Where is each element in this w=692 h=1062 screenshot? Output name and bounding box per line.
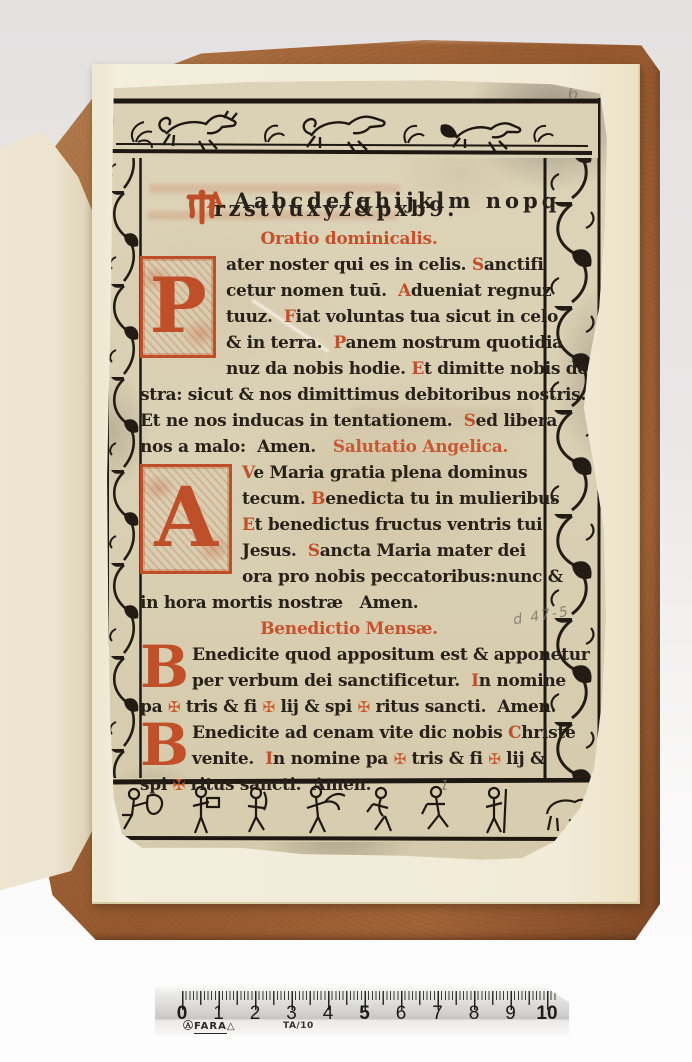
text-segment: Enedicite quod appositum est & apponetur [192, 645, 589, 665]
text-segment: ritus sancti. Amen. [370, 697, 556, 717]
text-segment: stra: sicut & nos dimittimus debitoribus… [140, 385, 586, 405]
text-segment: Salutatio Angelica. [333, 437, 508, 457]
text-segment: spi [140, 775, 173, 795]
ruler-number: 6 [396, 1003, 407, 1025]
initial-b-1: B [140, 642, 188, 694]
text-segment: Enedicite ad cenam vite dic nobis [192, 723, 508, 743]
text-segment: anem nostrum quotidia [346, 333, 563, 353]
text-segment: tecum. [242, 489, 311, 509]
maltese-cross-icon: ✠ [263, 698, 275, 716]
text-segment: cetur nomen tuū. [226, 281, 398, 301]
text-segment: S [472, 255, 484, 275]
text-segment: anctifi [484, 255, 544, 275]
text-line: nos a malo: Amen. Salutatio Angelica. [140, 434, 558, 460]
paragraph-benedicite-1: B Enedicite quod appositum est & apponet… [140, 642, 558, 720]
text-line: Enedicite ad cenam vite dic nobis Christ… [140, 720, 558, 746]
text-line: nuz da nobis hodie. Et dimitte nobis deb… [140, 356, 558, 382]
ruler-logo-icon: Ⓐ [183, 1021, 194, 1032]
text-segment: lij & [501, 749, 545, 769]
text-line: spi ✠ ritus sancti. Amen. [140, 772, 558, 798]
text-segment: ora pro nobis peccatoribus:nunc & [242, 567, 563, 587]
text-segment: ancta Maria mater dei [320, 541, 526, 561]
ruler-number: 10 [536, 1003, 557, 1025]
text-segment: I [265, 749, 273, 769]
ruler-brand: ⒶFARA△ [183, 1017, 236, 1032]
text-segment: per verbum dei sanctificetur. [192, 671, 471, 691]
text-segment: B [311, 489, 325, 509]
ruler-triangle-icon: △ [227, 1021, 236, 1032]
text-line: in hora mortis nostræ Amen. [140, 590, 558, 616]
text-segment: V [242, 463, 253, 483]
text-segment: enedicta tu in mulieribus [325, 489, 559, 509]
ruler-ticks [182, 991, 558, 1000]
rubric-heading-mensae: Benedictio Mensæ. d 47-5 [140, 616, 558, 642]
text-segment: S [308, 541, 320, 561]
text-segment: in hora mortis nostræ Amen. [140, 593, 418, 613]
ruler-number: 7 [432, 1003, 443, 1025]
text-segment: iat voluntas tua sicut in celo [296, 307, 558, 327]
text-segment: n nomine pa [273, 749, 394, 769]
hunting-frieze-border [106, 98, 598, 158]
text-segment: Et ne nos inducas in tentationem. [140, 411, 464, 431]
measurement-ruler: 012345678910 ⒶFARA△ TA/10 [155, 985, 569, 1035]
alphabet-row: AAabcdefghijklm nopq [140, 162, 558, 196]
text-segment: ed libera [476, 411, 558, 431]
left-endpaper [0, 130, 104, 910]
ruler-number: 4 [323, 1003, 334, 1025]
paragraph-benedicite-2: B 1 Enedicite ad cenam vite dic nobis Ch… [140, 720, 558, 798]
text-segment: lij & spi [275, 697, 358, 717]
initial-a-woodcut: A [140, 464, 232, 574]
text-segment: tuuz. [226, 307, 284, 327]
ruler-number: 5 [359, 1003, 370, 1025]
text-line: per verbum dei sanctificetur. In nomine [140, 668, 558, 694]
text-segment: dueniat regnuz [411, 281, 552, 301]
ruler-number: 9 [505, 1003, 516, 1025]
ruler-model: TA/10 [283, 1021, 314, 1031]
text-segment: nuz da nobis hodie. [226, 359, 411, 379]
text-segment: n nomine [479, 671, 566, 691]
text-segment: tris & fi [406, 749, 488, 769]
text-line: Enedicite quod appositum est & apponetur [140, 642, 558, 668]
ruler-number: 2 [250, 1003, 261, 1025]
text-segment: S [464, 411, 476, 431]
text-segment: nos a malo: Amen. [140, 437, 333, 457]
initial-b-2: B [140, 720, 188, 772]
text-segment: A [398, 281, 411, 301]
text-line: stra: sicut & nos dimittimus debitoribus… [140, 382, 558, 408]
tau-cross-icon [185, 188, 219, 228]
text-line: venite. In nomine pa ✠ tris & fi ✠ lij & [140, 746, 558, 772]
maltese-cross-icon: ✠ [173, 776, 185, 794]
text-segment: F [284, 307, 296, 327]
paragraph-pater-noster: P ater noster qui es in celis. Sanctific… [140, 252, 558, 460]
text-segment: C [508, 723, 521, 743]
text-segment: E [242, 515, 255, 535]
maltese-cross-icon: ✠ [488, 750, 500, 768]
printed-leaf: AAabcdefghijklm nopq rzstvuxyz&pxb9. Ora… [102, 78, 614, 862]
maltese-cross-icon: ✠ [394, 750, 406, 768]
book-photograph: AAabcdefghijklm nopq rzstvuxyz&pxb9. Ora… [0, 0, 692, 1062]
text-segment: ater noster qui es in celis. [226, 255, 472, 275]
text-segment: I [471, 671, 479, 691]
text-block: AAabcdefghijklm nopq rzstvuxyz&pxb9. Ora… [140, 162, 558, 798]
rubric-heading-oratio: Oratio dominicalis. [140, 226, 558, 252]
text-segment: ritus sancti. Amen. [185, 775, 371, 795]
text-line: Et ne nos inducas in tentationem. Sed li… [140, 408, 558, 434]
text-segment: Jesus. [242, 541, 308, 561]
text-segment: & in terra. [226, 333, 333, 353]
text-segment: hriste [521, 723, 575, 743]
text-segment: t benedictus fructus ventris tui [255, 515, 543, 535]
text-segment: tris & fi [180, 697, 262, 717]
text-segment: P [333, 333, 345, 353]
text-line: pa ✠ tris & fi ✠ lij & spi ✠ ritus sanct… [140, 694, 558, 720]
text-segment: E [411, 359, 424, 379]
text-segment: e Maria gratia plena dominus [253, 463, 527, 483]
paragraph-ave-maria: A Ve Maria gratia plena dominustecum. Be… [140, 460, 558, 616]
pencil-mark: 1 [439, 778, 451, 795]
initial-p-woodcut: P [140, 256, 216, 358]
maltese-cross-icon: ✠ [358, 698, 370, 716]
ruler-number: 8 [469, 1003, 480, 1025]
text-segment: venite. [192, 749, 265, 769]
